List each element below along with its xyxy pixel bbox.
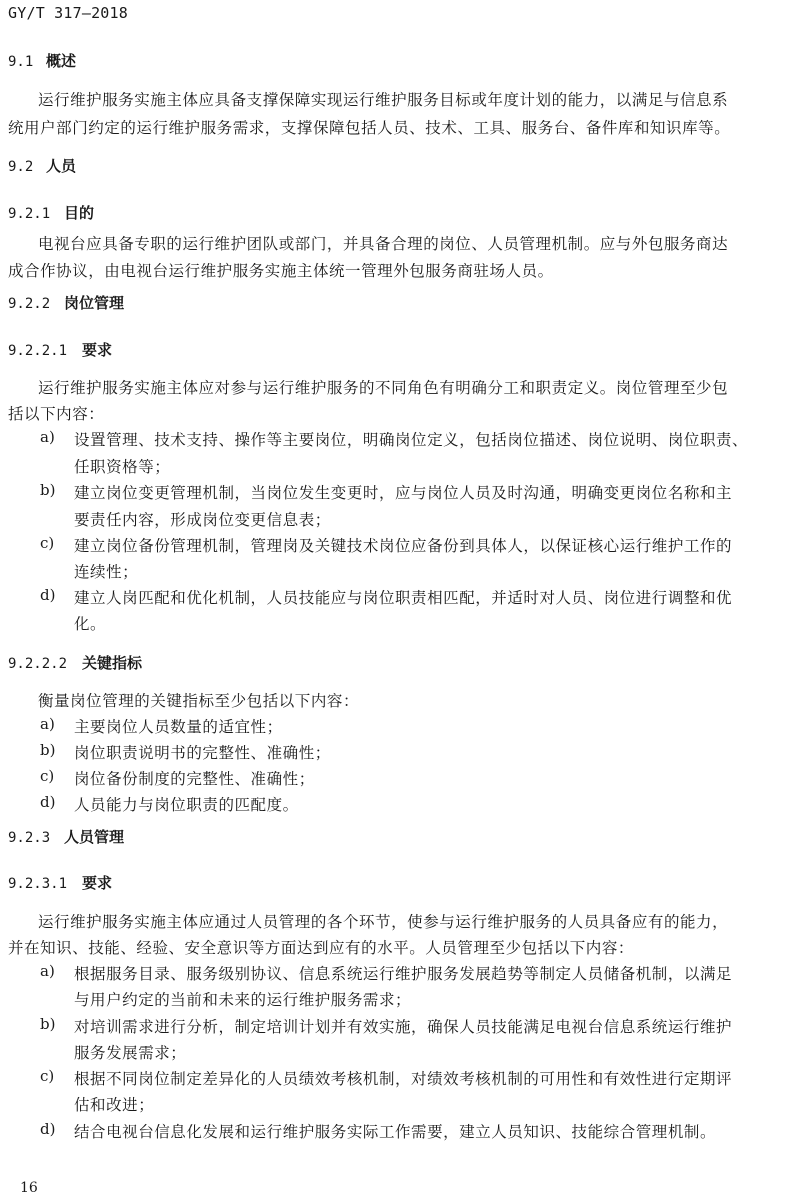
heading-9-2: 9.2人员 — [8, 155, 76, 176]
section-number: 9.2.3.1 — [8, 876, 82, 892]
paragraph-line: 运行维护服务实施主体应对参与运行维护服务的不同角色有明确分工和职责定义。岗位管理… — [38, 376, 728, 398]
list-item-line: 建立人岗匹配和优化机制，人员技能应与岗位职责相匹配，并适时对人员、岗位进行调整和… — [74, 586, 732, 608]
section-title: 要求 — [82, 341, 112, 359]
list-item-line: 岗位备份制度的完整性、准确性； — [74, 767, 315, 789]
list-label: c) — [40, 767, 54, 785]
list-item-line: 任职资格等； — [74, 455, 170, 477]
heading-9-2-3-1: 9.2.3.1要求 — [8, 872, 112, 893]
list-item-line: 估和改进； — [74, 1093, 154, 1115]
section-number: 9.2.2.1 — [8, 343, 82, 359]
section-title: 岗位管理 — [64, 294, 124, 312]
paragraph-line: 成合作协议，由电视台运行维护服务实施主体统一管理外包服务商驻场人员。 — [8, 259, 554, 281]
list-label: b) — [40, 481, 55, 499]
list-item-line: 化。 — [74, 612, 106, 634]
list-label: c) — [40, 1067, 54, 1085]
list-item-line: 设置管理、技术支持、操作等主要岗位，明确岗位定义，包括岗位描述、岗位说明、岗位职… — [74, 428, 748, 450]
section-number: 9.1 — [8, 54, 46, 70]
paragraph-line: 电视台应具备专职的运行维护团队或部门，并具备合理的岗位、人员管理机制。应与外包服… — [38, 232, 728, 254]
paragraph-line: 统用户部门约定的运行维护服务需求，支撑保障包括人员、技术、工具、服务台、备件库和… — [8, 116, 730, 138]
list-label: a) — [40, 962, 55, 980]
section-number: 9.2.2 — [8, 296, 64, 312]
list-item-line: 根据不同岗位制定差异化的人员绩效考核机制，对绩效考核机制的可用性和有效性进行定期… — [74, 1067, 732, 1089]
list-item-line: 人员能力与岗位职责的匹配度。 — [74, 793, 299, 815]
section-title: 目的 — [64, 204, 94, 222]
list-label: a) — [40, 715, 55, 733]
list-item-line: 主要岗位人员数量的适宜性； — [74, 715, 283, 737]
paragraph-line: 衡量岗位管理的关键指标至少包括以下内容： — [38, 689, 359, 711]
list-item-line: 对培训需求进行分析，制定培训计划并有效实施，确保人员技能满足电视台信息系统运行维… — [74, 1015, 732, 1037]
list-item-line: 岗位职责说明书的完整性、准确性； — [74, 741, 331, 763]
list-item-line: 根据服务目录、服务级别协议、信息系统运行维护服务发展趋势等制定人员储备机制，以满… — [74, 962, 732, 984]
page-number: 16 — [20, 1180, 38, 1196]
list-item-line: 建立岗位变更管理机制，当岗位发生变更时，应与岗位人员及时沟通，明确变更岗位名称和… — [74, 481, 732, 503]
list-label: a) — [40, 428, 55, 446]
section-number: 9.2.1 — [8, 206, 64, 222]
list-label: c) — [40, 534, 54, 552]
heading-9-2-2: 9.2.2岗位管理 — [8, 292, 124, 313]
heading-9-2-3: 9.2.3人员管理 — [8, 826, 124, 847]
heading-9-1: 9.1概述 — [8, 50, 76, 71]
list-item-line: 服务发展需求； — [74, 1041, 186, 1063]
list-item-line: 连续性； — [74, 560, 138, 582]
section-number: 9.2.2.2 — [8, 656, 82, 672]
section-title: 概述 — [46, 52, 76, 70]
list-label: d) — [40, 1120, 55, 1138]
paragraph-line: 运行维护服务实施主体应具备支撑保障实现运行维护服务目标或年度计划的能力，以满足与… — [38, 88, 728, 110]
paragraph-line: 运行维护服务实施主体应通过人员管理的各个环节，使参与运行维护服务的人员具备应有的… — [38, 910, 728, 932]
heading-9-2-2-1: 9.2.2.1要求 — [8, 339, 112, 360]
list-item-line: 建立岗位备份管理机制，管理岗及关键技术岗位应备份到具体人，以保证核心运行维护工作… — [74, 534, 732, 556]
paragraph-line: 并在知识、技能、经验、安全意识等方面达到应有的水平。人员管理至少包括以下内容： — [8, 936, 634, 958]
list-label: b) — [40, 1015, 55, 1033]
section-title: 人员管理 — [64, 828, 124, 846]
heading-9-2-1: 9.2.1目的 — [8, 202, 94, 223]
list-item-line: 与用户约定的当前和未来的运行维护服务需求； — [74, 988, 411, 1010]
list-label: d) — [40, 586, 55, 604]
section-number: 9.2.3 — [8, 830, 64, 846]
list-label: d) — [40, 793, 55, 811]
section-title: 人员 — [46, 157, 76, 175]
standard-number: GY/T 317—2018 — [8, 4, 128, 22]
list-item-line: 结合电视台信息化发展和运行维护服务实际工作需要，建立人员知识、技能综合管理机制。 — [74, 1120, 716, 1142]
section-title: 关键指标 — [82, 654, 142, 672]
section-number: 9.2 — [8, 159, 46, 175]
section-title: 要求 — [82, 874, 112, 892]
paragraph-line: 括以下内容： — [8, 402, 104, 424]
heading-9-2-2-2: 9.2.2.2关键指标 — [8, 652, 142, 673]
list-item-line: 要责任内容，形成岗位变更信息表； — [74, 508, 331, 530]
list-label: b) — [40, 741, 55, 759]
